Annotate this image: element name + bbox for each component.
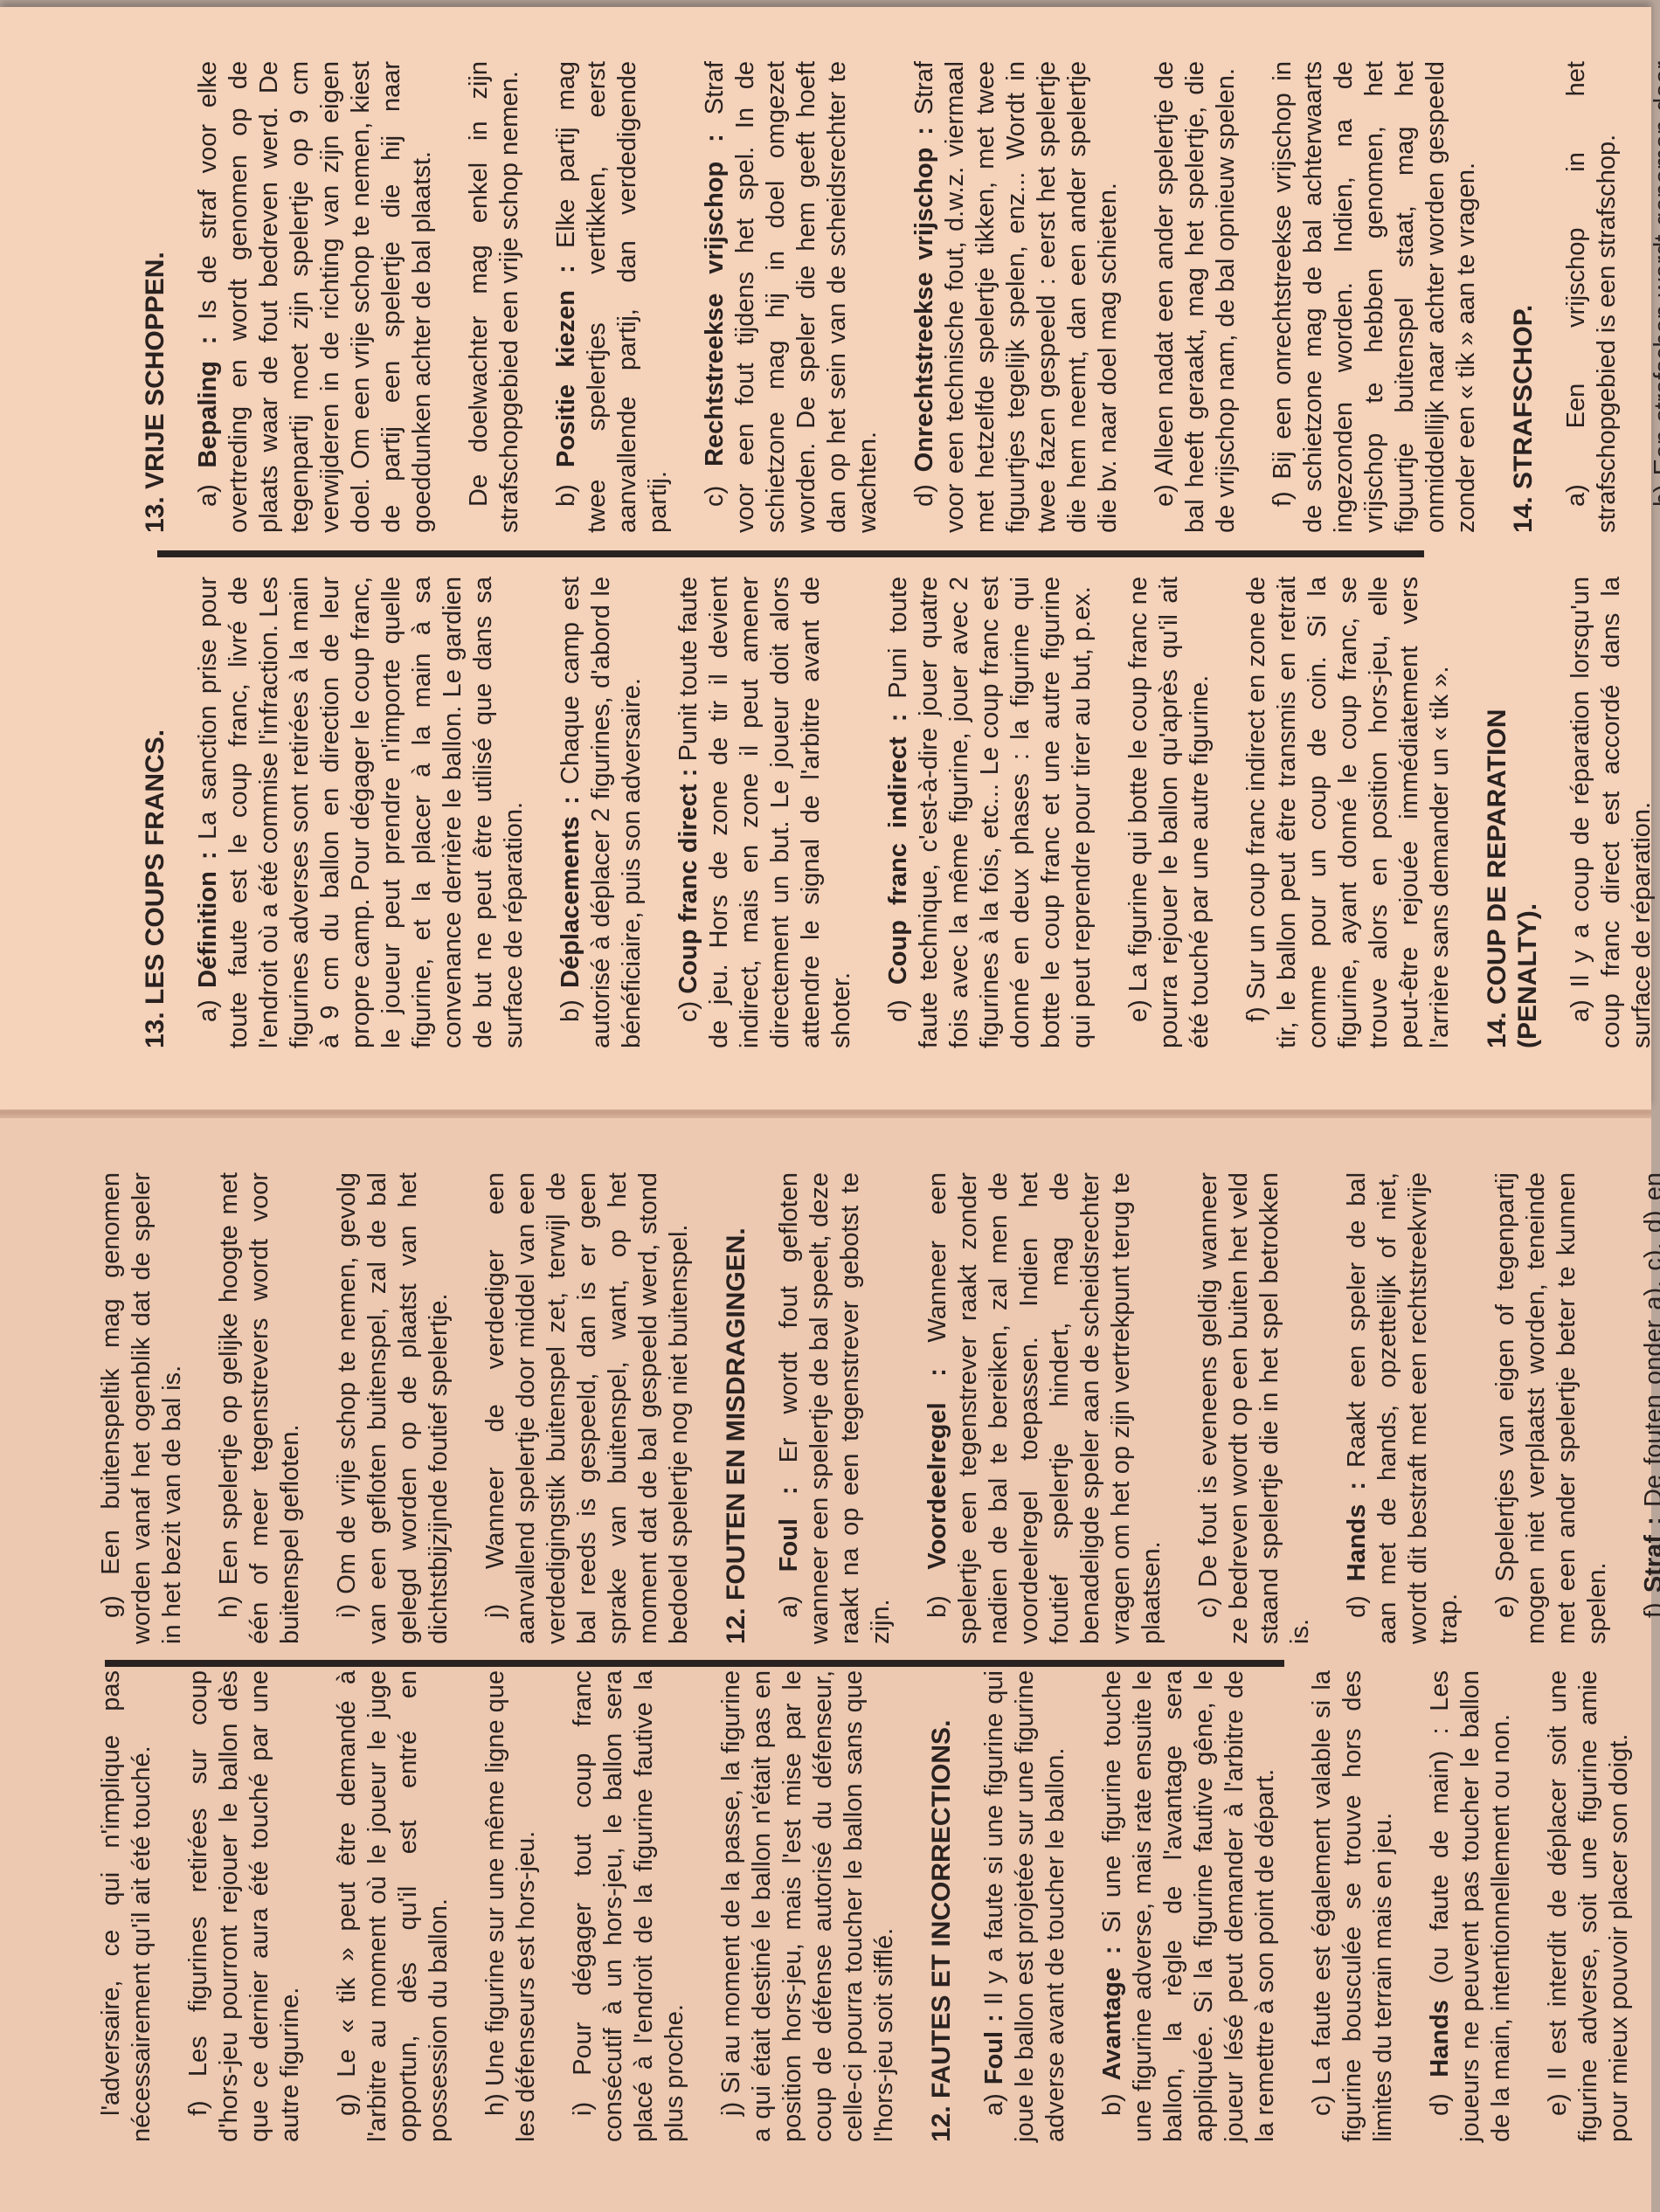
rule-paragraph: a) Bepaling : Is de straf voor elke over… bbox=[193, 61, 438, 533]
rule-paragraph: a) Foul : Er wordt fout gefloten wanneer… bbox=[774, 1172, 896, 1644]
rule-paragraph: e) Alleen nadat een ander spelertje de b… bbox=[1150, 61, 1242, 533]
rule-paragraph: b) Een strafschop wordt genomen door een… bbox=[1649, 61, 1660, 533]
left-dutch-column: g) Een buitenspeltik mag genomen worden … bbox=[96, 1172, 1660, 1644]
rule-paragraph: d) Onrechtstreekse vrijschop : Straf voo… bbox=[910, 61, 1124, 533]
rule-paragraph: b) Avantage : Si une figurine touche une… bbox=[1097, 1670, 1281, 2142]
rule-paragraph: a) Foul : Il y a faute si une figurine q… bbox=[979, 1670, 1071, 2142]
rule-paragraph: a) Een vrijschop in het strafschopgebied… bbox=[1561, 61, 1622, 533]
rule-paragraph: a) Définition : La sanction prise pour t… bbox=[193, 577, 529, 1048]
rule-paragraph: g) Een buitenspeltik mag genomen worden … bbox=[96, 1172, 188, 1644]
rule-paragraph: j) Si au moment de la passe, la figurine… bbox=[716, 1670, 900, 2142]
right-dutch-column: 13. VRIJE SCHOPPEN.a) Bepaling : Is de s… bbox=[131, 61, 1660, 533]
rule-paragraph: f) Les figurines retirées sur coup d'hor… bbox=[183, 1670, 306, 2142]
rule-paragraph: c) De fout is eveneens geldig wanneer ze… bbox=[1193, 1172, 1316, 1644]
booklet-spread: l'adversaire, ce qui n'implique pas néce… bbox=[0, 0, 1660, 2212]
section-title: 14. COUP DE REPARATION (PENALTY). bbox=[1482, 577, 1543, 1048]
rule-paragraph: c) Rechtstreekse vrijschop : Straf voor … bbox=[700, 61, 883, 533]
section-title: 13. LES COUPS FRANCS. bbox=[140, 577, 170, 1048]
rule-paragraph: b) Positie kiezen : Elke partij mag twee… bbox=[551, 61, 674, 533]
rule-paragraph: f) Straf : De fouten onder a), c), d) en… bbox=[1639, 1172, 1660, 1644]
section-title: 12. FAUTES ET INCORRECTIONS. bbox=[926, 1670, 957, 2142]
rule-paragraph: i) Om de vrije schop te nemen, gevolg va… bbox=[332, 1172, 454, 1644]
rule-paragraph: e) Il est interdit de déplacer soit une … bbox=[1543, 1670, 1635, 2142]
rule-paragraph: b) Déplacements : Chaque camp est autori… bbox=[556, 577, 647, 1048]
rule-paragraph: h) Een spelertje op gelijke hoogte met é… bbox=[214, 1172, 306, 1644]
rule-paragraph: De doelwachter mag enkel in zijn strafsc… bbox=[464, 61, 525, 533]
rule-paragraph: l'adversaire, ce qui n'implique pas néce… bbox=[96, 1670, 157, 2142]
rule-paragraph: e) La figurine qui botte le coup franc n… bbox=[1124, 577, 1215, 1048]
right-page: 13. LES COUPS FRANCS.a) Définition : La … bbox=[0, 7, 1651, 1109]
rule-paragraph: d) Coup franc indirect : Puni toute faut… bbox=[883, 577, 1097, 1048]
rule-paragraph: d) Hands : Raakt een speler de bal aan m… bbox=[1342, 1172, 1464, 1644]
column-divider bbox=[105, 1660, 1284, 1667]
column-divider bbox=[157, 550, 1424, 557]
rule-paragraph: e) Spelertjes van eigen of tegenpartij m… bbox=[1491, 1172, 1613, 1644]
left-page: l'adversaire, ce qui n'implique pas néce… bbox=[0, 1113, 1651, 2212]
rule-paragraph: j) Wanneer de verdediger een aanvallend … bbox=[481, 1172, 695, 1644]
rule-paragraph: c) La faute est également valable si la … bbox=[1307, 1670, 1399, 2142]
rule-paragraph: d) Hands (ou faute de main) : Les joueur… bbox=[1425, 1670, 1517, 2142]
section-title: 13. VRIJE SCHOPPEN. bbox=[140, 61, 170, 533]
rule-paragraph: f) Bij een onrechtstreekse vrijschop in … bbox=[1268, 61, 1482, 533]
section-title: 12. FOUTEN EN MISDRAGINGEN. bbox=[721, 1172, 751, 1644]
rule-paragraph: i) Pour dégager tout coup franc consécut… bbox=[568, 1670, 690, 2142]
rule-paragraph: f) Sur un coup franc indirect en zone de… bbox=[1242, 577, 1456, 1048]
rule-paragraph: c) Coup franc direct : Punit toute faute… bbox=[674, 577, 857, 1048]
left-french-column: l'adversaire, ce qui n'implique pas néce… bbox=[96, 1670, 1660, 2142]
rule-paragraph: g) Le « tik » peut être demandé à l'arbi… bbox=[332, 1670, 454, 2142]
rule-paragraph: h) Une figurine sur une même ligne que l… bbox=[481, 1670, 542, 2142]
right-french-column: 13. LES COUPS FRANCS.a) Définition : La … bbox=[131, 577, 1660, 1048]
rule-paragraph: b) Voordeelregel : Wanneer een spelertje… bbox=[923, 1172, 1167, 1644]
section-title: 14. STRAFSCHOP. bbox=[1508, 61, 1539, 533]
rule-paragraph: a) Il y a coup de réparation lorsqu'un c… bbox=[1566, 577, 1657, 1048]
